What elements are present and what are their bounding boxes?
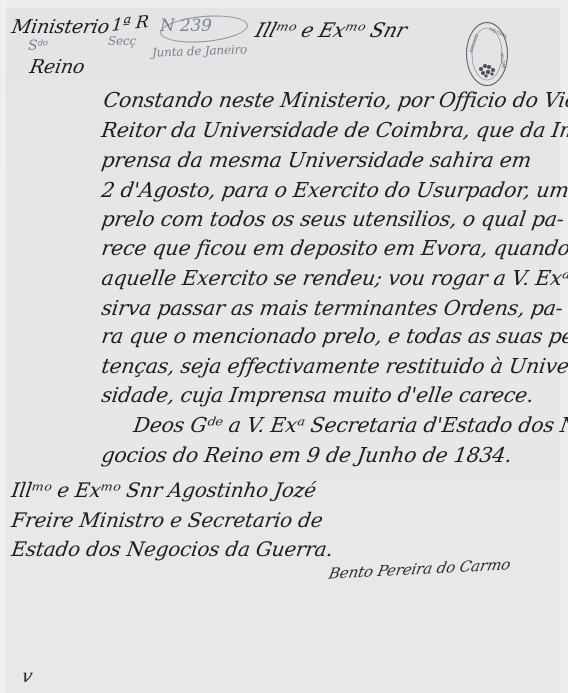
addressee-line-2: Freire Ministro e Secretario de — [10, 508, 324, 532]
closing-line-2-date: gocios do Reino em 9 de Junho de 1834. — [100, 443, 513, 467]
body-line-2: Reitor da Universidade de Coimbra, que d… — [100, 118, 568, 142]
reference-number: N 239 — [160, 16, 212, 36]
body-line-8: sirva passar as mais terminantes Ordens,… — [100, 296, 564, 320]
body-line-11: sidade, cuja Imprensa muito d'elle carec… — [100, 383, 535, 407]
ministry-label: Ministerio — [10, 16, 111, 38]
svg-text:ARQUIVO: ARQUIVO — [468, 33, 480, 54]
body-line-4: 2 d'Agosto, para o Exercito do Usurpador… — [100, 178, 568, 202]
body-line-10: tenças, seja effectivamente restituido à… — [100, 354, 568, 378]
scan-top-edge — [0, 0, 568, 8]
ministry-section-abbrev: Sᵈᵒ — [28, 38, 48, 54]
closing-line-1: Deos Gᵈᵉ a V. Exᵃ Secretaria d'Estado do… — [132, 413, 568, 437]
svg-text:HISTORICO: HISTORICO — [489, 26, 507, 41]
archive-stamp: ARQUIVO HISTORICO MILITAR — [466, 22, 508, 86]
salutation: Illᵐᵒ e Exᵐᵒ Snr — [253, 18, 410, 42]
addressee-line-3: Estado dos Negocios da Guerra. — [10, 537, 334, 561]
body-line-6: rece que ficou em deposito em Evora, qua… — [100, 236, 568, 260]
addressee-line-1: Illᵐᵒ e Exᵐᵒ Snr Agostinho Jozé — [10, 478, 318, 502]
ministry-name: Reino — [28, 56, 86, 78]
folio-mark: 1ª R — [111, 12, 150, 36]
stamp-emblem-icon: ARQUIVO HISTORICO MILITAR — [467, 23, 507, 85]
body-line-9: ra que o mencionado prelo, e todas as su… — [100, 324, 568, 348]
body-line-7: aquelle Exercito se rendeu; vou rogar a … — [100, 266, 568, 290]
body-line-5: prelo com todos os seus utensilios, o qu… — [100, 207, 565, 231]
body-line-3: prensa da mesma Universidade sahira em — [100, 148, 533, 172]
body-line-1: Constando neste Ministerio, por Officio … — [102, 88, 568, 112]
folio-sub: Secç — [108, 34, 136, 48]
